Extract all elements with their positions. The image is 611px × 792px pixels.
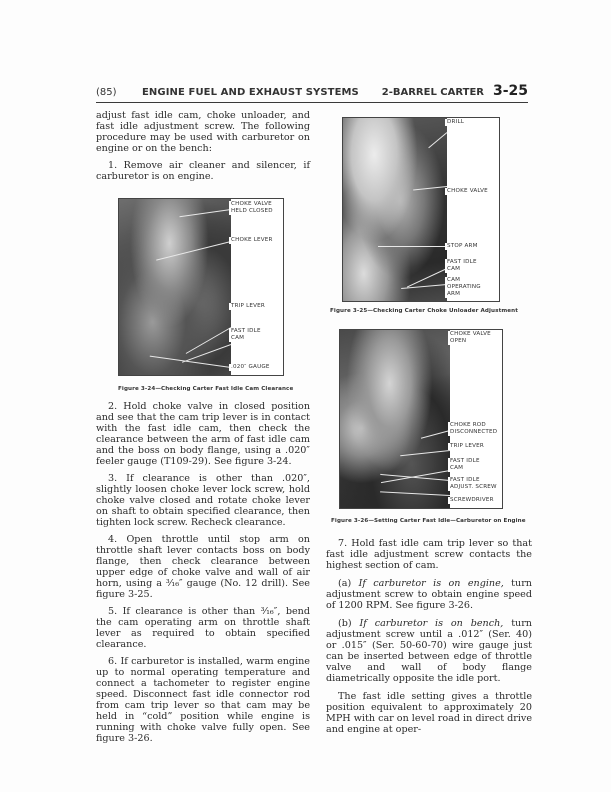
label-drill: DRILL — [445, 119, 466, 126]
label-choke-rod-disconnected: CHOKE ROD DISCONNECTED — [448, 422, 500, 436]
label-choke-valve-open: CHOKE VALVE OPEN — [448, 331, 494, 345]
label-trip-lever: TRIP LEVER — [229, 303, 267, 310]
label-choke-lever: CHOKE LEVER — [229, 237, 275, 244]
figure-3-26: CHOKE VALVE OPEN CHOKE ROD DISCONNECTED … — [339, 329, 503, 509]
figure-3-26-caption: Figure 3-26—Setting Carter Fast Idle—Car… — [331, 518, 526, 524]
page-reference: (85) — [96, 87, 117, 98]
step-5: 5. If clearance is other than ³⁄₁₆″, ben… — [96, 606, 310, 650]
step-3: 3. If clearance is other than .020″, sli… — [96, 473, 310, 528]
step-4: 4. Open throttle until stop arm on throt… — [96, 534, 310, 600]
figure-3-25: DRILL CHOKE VALVE STOP ARM FAST IDLE CAM… — [342, 117, 500, 302]
label-screwdriver: SCREWDRIVER — [448, 497, 496, 504]
leader-line — [378, 246, 447, 247]
figure-3-25-caption: Figure 3-25—Checking Carter Choke Unload… — [330, 308, 518, 314]
label-cam-operating-arm: CAM OPERATING ARM — [445, 277, 485, 298]
carburetor-photo — [119, 199, 231, 375]
left-column-intro: adjust fast idle cam, choke unloader, an… — [96, 110, 310, 188]
label-020-gauge: .020″ GAUGE — [229, 364, 272, 371]
label-fast-idle-adjust-screw: FAST IDLE ADJUST. SCREW — [448, 477, 500, 491]
step-2: 2. Hold choke valve in closed position a… — [96, 401, 310, 467]
label-trip-lever: TRIP LEVER — [448, 443, 486, 450]
step-7a-label: (a) — [338, 578, 359, 589]
figure-3-24-caption: Figure 3-24—Checking Carter Fast Idle Ca… — [118, 386, 293, 392]
closing-paragraph: The fast idle setting gives a throttle p… — [326, 691, 532, 735]
section-title: ENGINE FUEL AND EXHAUST SYSTEMS — [142, 87, 359, 98]
label-fast-idle-cam: FAST IDLE CAM — [448, 458, 482, 472]
step-7b-condition: If carburetor is on bench, — [360, 618, 504, 629]
left-column-steps: 2. Hold choke valve in closed position a… — [96, 401, 310, 750]
carburetor-photo — [340, 330, 450, 508]
label-fast-idle-cam: FAST IDLE CAM — [229, 328, 263, 342]
page-header: (85) ENGINE FUEL AND EXHAUST SYSTEMS 2-B… — [96, 86, 528, 103]
step-7a: (a) If carburetor is on engine, turn adj… — [326, 578, 532, 611]
step-7: 7. Hold fast idle cam trip lever so that… — [326, 538, 532, 571]
intro-paragraph: adjust fast idle cam, choke unloader, an… — [96, 110, 310, 154]
label-choke-valve: CHOKE VALVE — [445, 188, 490, 195]
label-stop-arm: STOP ARM — [445, 243, 480, 250]
step-7b: (b) If carburetor is on bench, turn adju… — [326, 618, 532, 684]
label-choke-valve-held-closed: CHOKE VALVE HELD CLOSED — [229, 201, 275, 215]
right-column-steps: 7. Hold fast idle cam trip lever so that… — [326, 538, 532, 742]
figure-3-24: CHOKE VALVE HELD CLOSED CHOKE LEVER TRIP… — [118, 198, 284, 376]
step-6: 6. If carburetor is installed, warm engi… — [96, 656, 310, 744]
label-fast-idle-cam: FAST IDLE CAM — [445, 259, 479, 273]
subsection-title: 2-BARREL CARTER — [382, 87, 484, 98]
step-7a-condition: If carburetor is on engine, — [359, 578, 504, 589]
step-1: 1. Remove air cleaner and silencer, if c… — [96, 160, 310, 182]
page-number: 3-25 — [493, 83, 528, 99]
step-7b-label: (b) — [338, 618, 360, 629]
